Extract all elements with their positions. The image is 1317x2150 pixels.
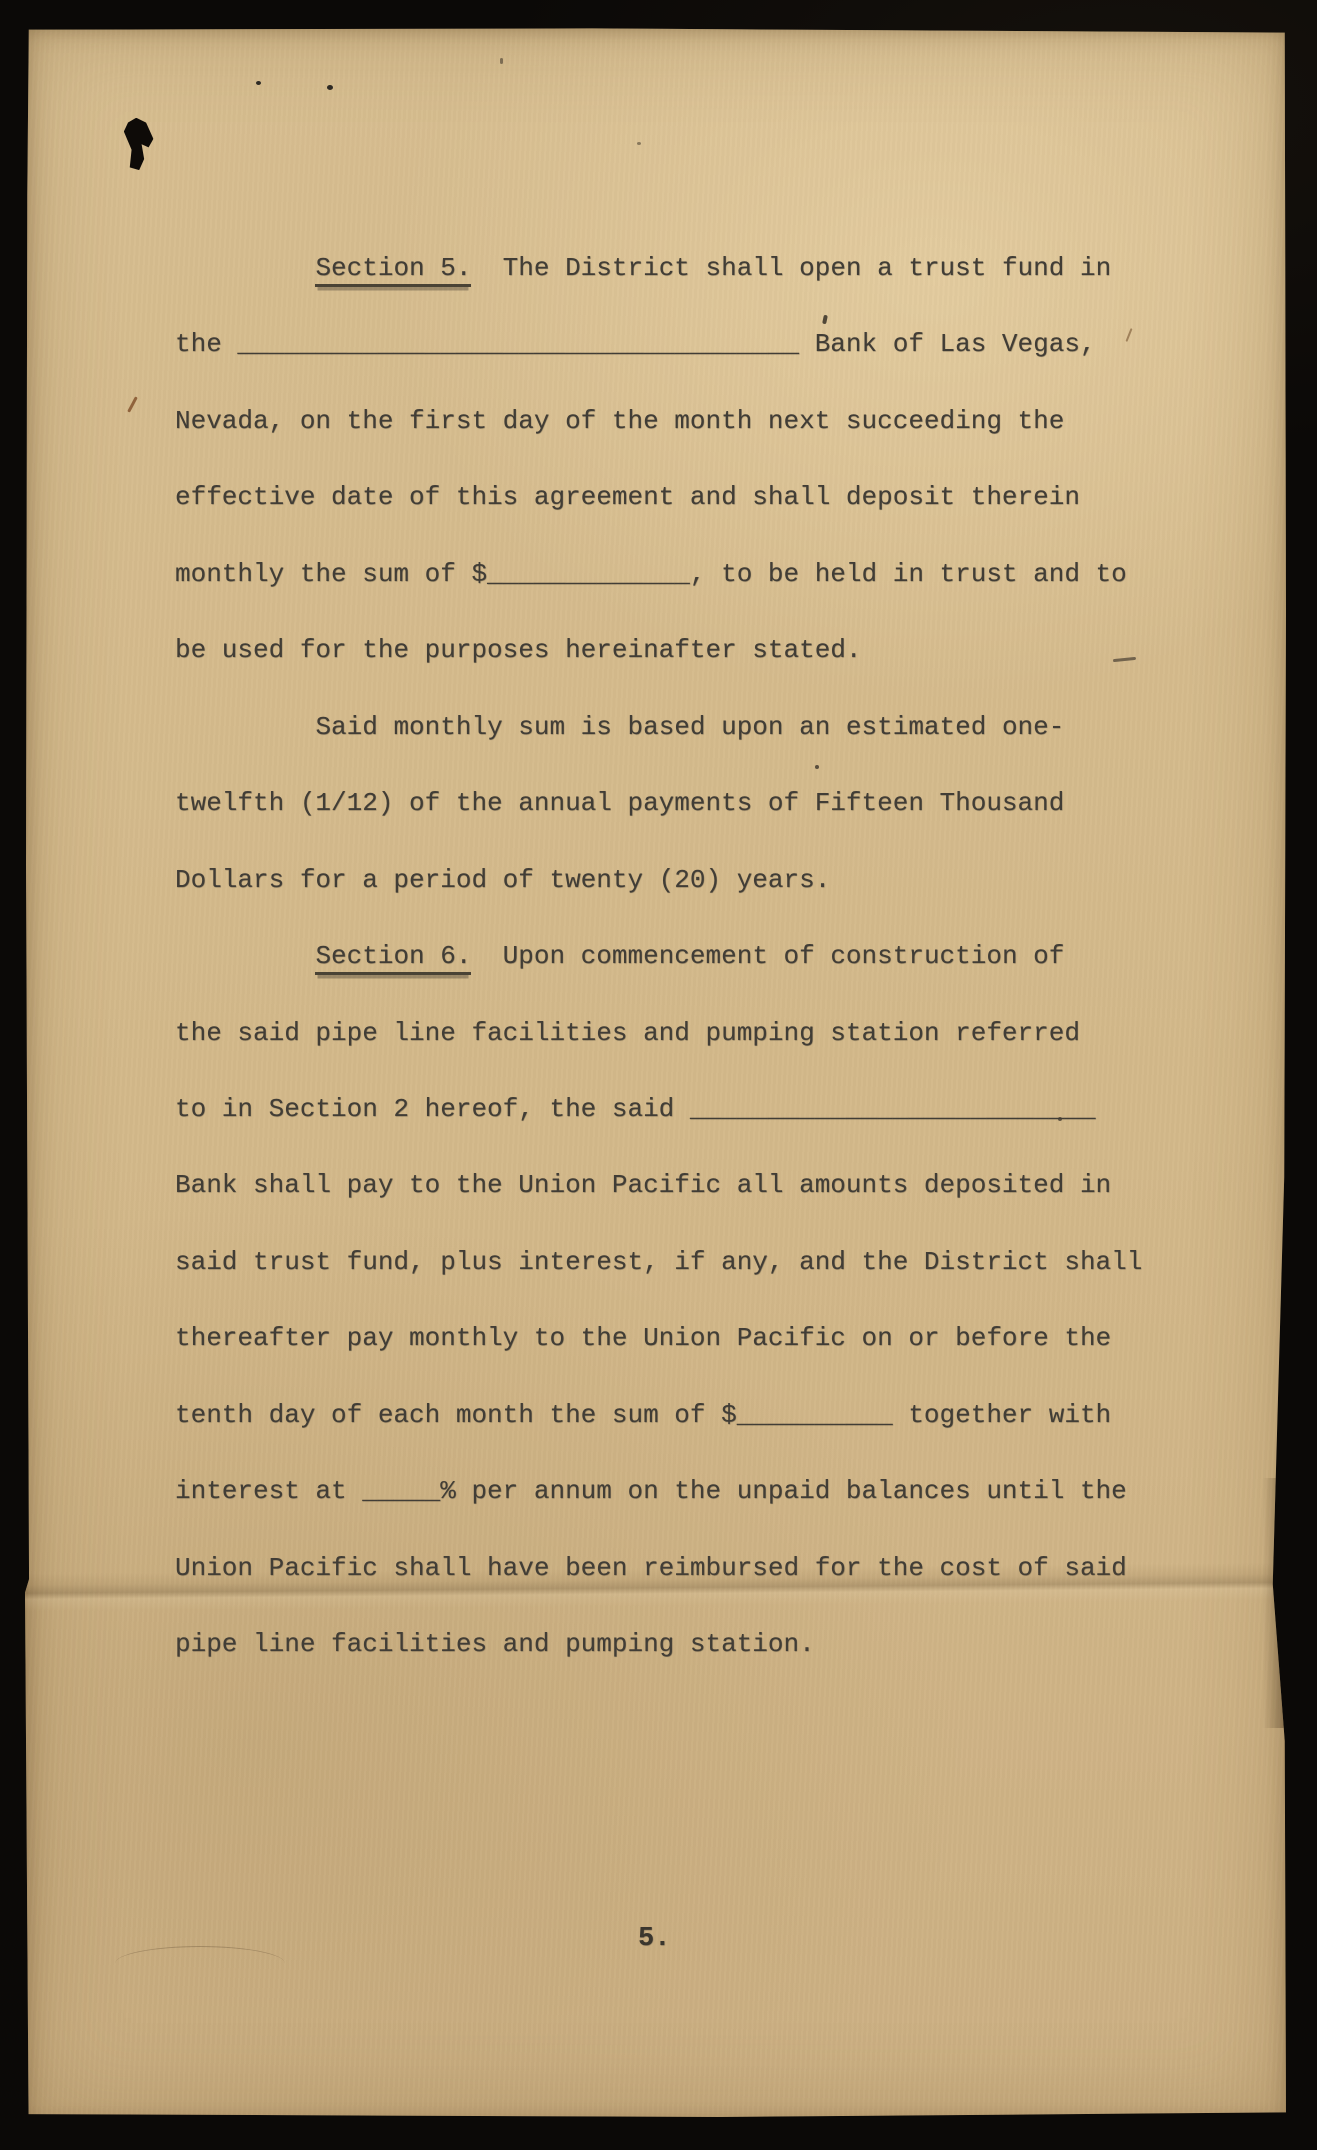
crease-mark [115,1946,285,1981]
line-text: the ____________________________________… [175,329,1096,359]
document-line: said trust fund, plus interest, if any, … [175,1224,1205,1300]
line-text: said trust fund, plus interest, if any, … [175,1247,1142,1277]
scanned-page: Section 5. The District shall open a tru… [25,28,1286,2117]
line-text: Upon commencement of construction of [471,941,1064,971]
document-line: Section 5. The District shall open a tru… [175,230,1205,306]
document-line: Nevada, on the first day of the month ne… [175,383,1205,459]
ink-speck [637,142,641,145]
document-line: tenth day of each month the sum of $____… [175,1377,1205,1453]
ink-speck [500,58,503,64]
section-heading: Section 5. [315,253,471,287]
indent [175,712,315,742]
ink-speck [256,81,261,85]
document-line: effective date of this agreement and sha… [175,459,1205,535]
document-line: Bank shall pay to the Union Pacific all … [175,1147,1205,1223]
document-line: Section 6. Upon commencement of construc… [175,918,1205,994]
line-text: interest at _____% per annum on the unpa… [175,1476,1127,1506]
staple-hole-mark [121,117,155,171]
document-line: Said monthly sum is based upon an estima… [175,689,1205,765]
line-text: Said monthly sum is based upon an estima… [315,712,1064,742]
line-text: tenth day of each month the sum of $____… [175,1400,1111,1430]
document-line: the said pipe line facilities and pumpin… [175,995,1205,1071]
document-line: pipe line facilities and pumping station… [175,1606,1205,1682]
document-line: twelfth (1/12) of the annual payments of… [175,765,1205,841]
line-text: monthly the sum of $_____________, to be… [175,559,1127,589]
line-text: twelfth (1/12) of the annual payments of… [175,788,1064,818]
document-line: to in Section 2 hereof, the said _______… [175,1071,1205,1147]
scan-background: Section 5. The District shall open a tru… [0,0,1317,2150]
line-text: effective date of this agreement and sha… [175,482,1080,512]
line-text: Nevada, on the first day of the month ne… [175,406,1064,436]
line-text: to in Section 2 hereof, the said _______… [175,1094,1096,1124]
document-line: thereafter pay monthly to the Union Paci… [175,1300,1205,1376]
document-line: Dollars for a period of twenty (20) year… [175,842,1205,918]
document-line: monthly the sum of $_____________, to be… [175,536,1205,612]
line-text: thereafter pay monthly to the Union Paci… [175,1323,1111,1353]
indent [175,253,315,283]
document-line: be used for the purposes hereinafter sta… [175,612,1205,688]
line-text: Dollars for a period of twenty (20) year… [175,865,830,895]
line-text: The District shall open a trust fund in [471,253,1111,283]
ink-speck [327,85,333,90]
page-number: 5. [638,1924,670,1954]
indent [175,941,315,971]
line-text: be used for the purposes hereinafter sta… [175,635,862,665]
edge-curl-shadow [1260,1478,1286,1728]
section-heading: Section 6. [315,941,471,975]
line-text: Bank shall pay to the Union Pacific all … [175,1170,1111,1200]
line-text: the said pipe line facilities and pumpin… [175,1018,1080,1048]
document-line: interest at _____% per annum on the unpa… [175,1453,1205,1529]
line-text: pipe line facilities and pumping station… [175,1629,815,1659]
document-text: Section 5. The District shall open a tru… [175,230,1205,1683]
document-line: the ____________________________________… [175,306,1205,382]
ink-speck [127,396,138,412]
